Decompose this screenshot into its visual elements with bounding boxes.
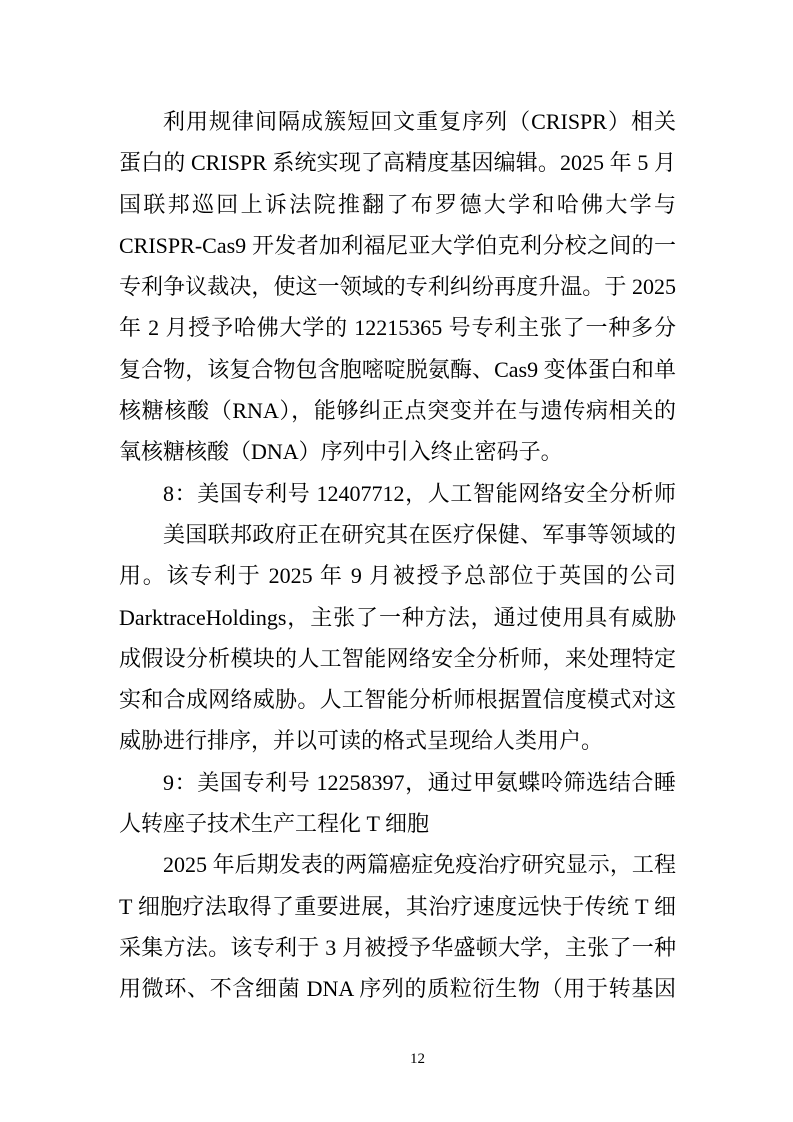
text-line: 利用规律间隔成簇短回文重复序列（CRISPR）相关（Cas）	[119, 101, 676, 142]
text-line: DarktraceHoldings，主张了一种方法，通过使用具有威胁形	[119, 597, 676, 638]
text-line: 年 2 月授予哈佛大学的 12215365 号专利主张了一种多分子	[119, 307, 676, 348]
text-line: 复合物，该复合物包含胞嘧啶脱氨酶、Cas9 变体蛋白和单导	[119, 349, 676, 390]
text-line: 蛋白的 CRISPR 系统实现了高精度基因编辑。2025 年 5 月美	[119, 142, 676, 183]
text-line: 8：美国专利号 12407712，人工智能网络安全分析师	[119, 473, 676, 514]
text-line: 人转座子技术生产工程化 T 细胞	[119, 803, 676, 844]
page-text-block: 利用规律间隔成簇短回文重复序列（CRISPR）相关（Cas）蛋白的 CRISPR…	[119, 101, 676, 1010]
text-line: 成假设分析模块的人工智能网络安全分析师，来处理特定真	[119, 638, 676, 679]
text-line: 国联邦巡回上诉法院推翻了布罗德大学和哈佛大学与	[119, 184, 676, 225]
text-line: CRISPR-Cas9 开发者加利福尼亚大学伯克利分校之间的一项	[119, 225, 676, 266]
text-line: 氧核糖核酸（DNA）序列中引入终止密码子。	[119, 431, 676, 472]
text-line: 美国联邦政府正在研究其在医疗保健、军事等领域的应	[119, 514, 676, 555]
patent-heading: 9：美国专利号 12258397，通过甲氨蝶呤筛选结合睡美人转座子技术生产工程化…	[119, 762, 676, 845]
text-line: 2025 年后期发表的两篇癌症免疫治疗研究显示，工程化	[119, 844, 676, 885]
text-line: 用微环、不含细菌 DNA 序列的质粒衍生物（用于转基因传	[119, 968, 676, 1009]
text-line: T 细胞疗法取得了重要进展，其治疗速度远快于传统 T 细胞	[119, 886, 676, 927]
text-line: 用。该专利于 2025 年 9 月被授予总部位于英国的公司	[119, 555, 676, 596]
document-page: 利用规律间隔成簇短回文重复序列（CRISPR）相关（Cas）蛋白的 CRISPR…	[0, 0, 793, 1122]
paragraph: 美国联邦政府正在研究其在医疗保健、军事等领域的应用。该专利于 2025 年 9 …	[119, 514, 676, 762]
page-number: 12	[410, 1051, 425, 1067]
paragraph: 2025 年后期发表的两篇癌症免疫治疗研究显示，工程化T 细胞疗法取得了重要进展…	[119, 844, 676, 1009]
page-footer: 12	[21, 1050, 793, 1068]
text-line: 采集方法。该专利于 3 月被授予华盛顿大学，主张了一种使	[119, 927, 676, 968]
text-line: 9：美国专利号 12258397，通过甲氨蝶呤筛选结合睡美	[119, 762, 676, 803]
text-line: 专利争议裁决，使这一领域的专利纠纷再度升温。于 2025	[119, 266, 676, 307]
patent-heading: 8：美国专利号 12407712，人工智能网络安全分析师	[119, 473, 676, 514]
text-line: 威胁进行排序，并以可读的格式呈现给人类用户。	[119, 720, 676, 761]
text-line: 核糖核酸（RNA），能够纠正点突变并在与遗传病相关的脱	[119, 390, 676, 431]
text-line: 实和合成网络威胁。人工智能分析师根据置信度模式对这些	[119, 679, 676, 720]
paragraph: 利用规律间隔成簇短回文重复序列（CRISPR）相关（Cas）蛋白的 CRISPR…	[119, 101, 676, 473]
